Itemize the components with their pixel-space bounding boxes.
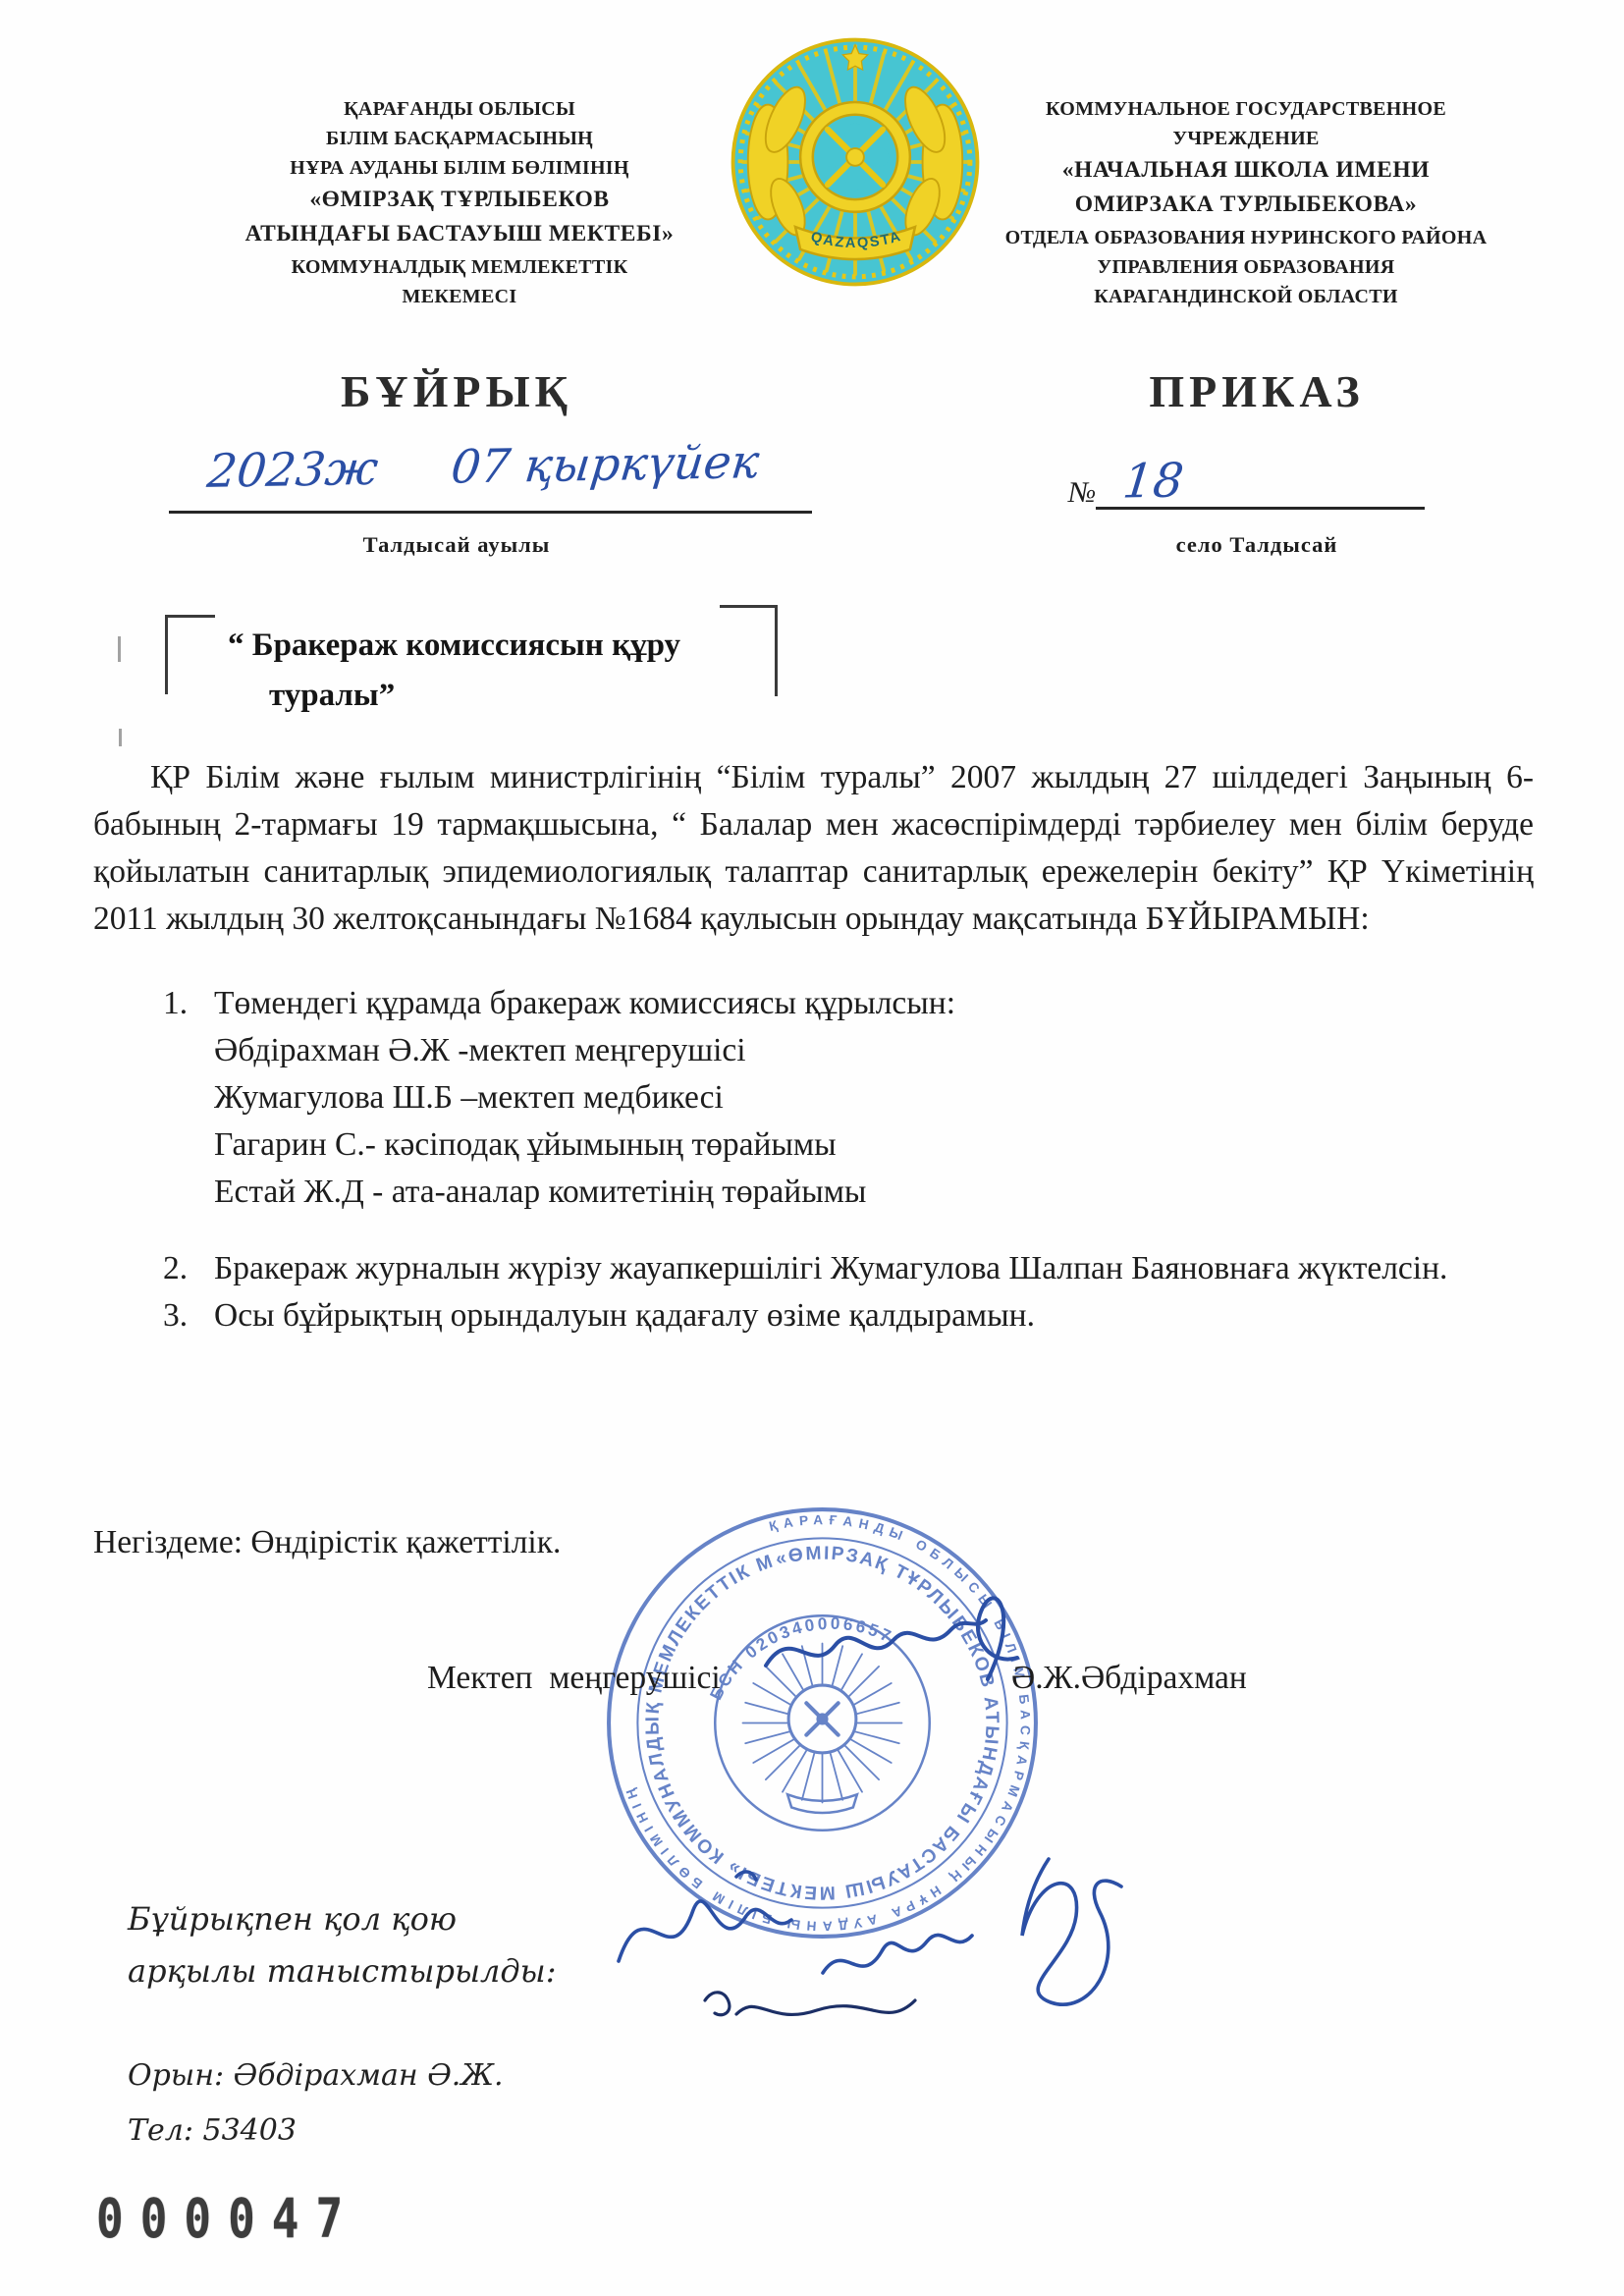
org-name-kazakh: ҚАРАҒАНДЫ ОБЛЫСЫ БІЛІМ БАСҚАРМАСЫНЫҢ НҰР…: [218, 94, 701, 311]
org-line: КАРАГАНДИНСКОЙ ОБЛАСТИ: [985, 282, 1507, 311]
handwritten-number: 18: [1120, 453, 1186, 509]
order-item-3: 3. Осы бұйрықтың орындалуын қадағалу өзі…: [157, 1292, 1534, 1339]
number-label: №: [1068, 476, 1096, 509]
document-serial-number: 000047: [96, 2187, 359, 2251]
kazakhstan-coat-of-arms-icon: QAZAQSTAN: [730, 37, 981, 287]
place-russian: село Талдысай: [1021, 532, 1492, 558]
org-line: «НАЧАЛЬНАЯ ШКОЛА ИМЕНИ: [985, 153, 1507, 188]
order-title-kazakh: БҰЙРЫҚ: [226, 365, 687, 417]
handwritten-signature: [736, 1872, 756, 1880]
subject-line: туралы”: [269, 671, 817, 721]
item-number: 2.: [163, 1245, 188, 1292]
scanned-order-page: ҚАРАҒАНДЫ ОБЛЫСЫ БІЛІМ БАСҚАРМАСЫНЫҢ НҰР…: [0, 0, 1624, 2296]
org-line: ҚАРАҒАНДЫ ОБЛЫСЫ: [218, 94, 701, 124]
commission-member: Жумагулова Ш.Б –мектеп медбикесі: [214, 1074, 1534, 1121]
order-title-russian: ПРИКАЗ: [1021, 365, 1492, 417]
commission-member: Әбдірахман Ә.Ж -мектеп меңгерушісі: [214, 1027, 1534, 1074]
org-line: АТЫНДАҒЫ БАСТАУЫШ МЕКТЕБІ»: [218, 217, 701, 251]
org-line: ОМИРЗАКА ТУРЛЫБЕКОВА»: [985, 188, 1507, 222]
item-text: Бракераж журналын жүрізу жауапкершілігі …: [214, 1245, 1534, 1292]
scan-artifact: [119, 729, 122, 746]
item-number: 1.: [163, 980, 188, 1027]
org-name-russian: КОММУНАЛЬНОЕ ГОСУДАРСТВЕННОЕ УЧРЕЖДЕНИЕ …: [985, 94, 1507, 311]
commission-member: Естай Ж.Д - ата-аналар комитетінің төрай…: [214, 1169, 1534, 1216]
order-item-2: 2. Бракераж журналын жүрізу жауапкершілі…: [157, 1245, 1534, 1292]
org-line: УЧРЕЖДЕНИЕ: [985, 124, 1507, 153]
signer-role: Мектеп меңгерушісі: [427, 1660, 721, 1697]
order-date-field: 2023ж 07 қыркүйек: [169, 440, 812, 514]
item-number: 3.: [163, 1292, 188, 1339]
acknowledgment-label: Бұйрықпен қол қою арқылы таныстырылды:: [128, 1893, 557, 1997]
order-item-1: 1. Төмендегі құрамда бракераж комиссиясы…: [157, 980, 1534, 1216]
order-body-paragraph: ҚР Білім және ғылым министрлігінің “Білі…: [93, 754, 1534, 943]
org-line: УПРАВЛЕНИЯ ОБРАЗОВАНИЯ: [985, 252, 1507, 282]
subject-corner-mark-left: [165, 615, 215, 694]
org-line: МЕКЕМЕСІ: [218, 282, 701, 311]
org-line: БІЛІМ БАСҚАРМАСЫНЫҢ: [218, 124, 701, 153]
order-items: 1. Төмендегі құрамда бракераж комиссиясы…: [157, 980, 1534, 1339]
executor-line: Орын: Әбдірахман Ә.Ж.: [128, 2058, 504, 2093]
director-handwritten-signature: [754, 1569, 1039, 1717]
phone-line: Тел: 53403: [128, 2113, 297, 2148]
item-text: Осы бұйрықтың орындалуын қадағалу өзіме …: [214, 1292, 1534, 1339]
handwritten-signature: [619, 1901, 791, 1961]
org-line: НҰРА АУДАНЫ БІЛІМ БӨЛІМІНІҢ: [218, 153, 701, 183]
org-line: «ӨМІРЗАҚ ТҰРЛЫБЕКОВ: [218, 183, 701, 217]
place-kazakh: Талдысай ауылы: [226, 532, 687, 558]
scan-artifact: [118, 636, 121, 662]
org-line: ОТДЕЛА ОБРАЗОВАНИЯ НУРИНСКОГО РАЙОНА: [985, 223, 1507, 252]
ack-line: Бұйрықпен қол қою: [128, 1893, 557, 1945]
acknowledgment-signatures: [589, 1841, 1139, 2052]
order-subject: “ Бракераж комиссиясын құру туралы”: [228, 621, 817, 721]
item-text: Төмендегі құрамда бракераж комиссиясы құ…: [214, 980, 1534, 1027]
handwritten-date: 2023ж 07 қыркүйек: [205, 435, 762, 499]
signer-name: Ә.Ж.Әбдірахман: [1011, 1660, 1247, 1697]
handwritten-signature: [705, 1993, 730, 2015]
org-line: КОММУНАЛЬНОЕ ГОСУДАРСТВЕННОЕ: [985, 94, 1507, 124]
order-number-field: №18: [1068, 454, 1425, 510]
org-line: КОММУНАЛДЫҚ МЕМЛЕКЕТТІК: [218, 252, 701, 282]
order-basis: Негіздеме: Өндірістік қажеттілік.: [93, 1524, 561, 1561]
commission-member: Гагарин С.- кәсіподақ ұйымының төрайымы: [214, 1121, 1534, 1169]
subject-line: “ Бракераж комиссиясын құру: [228, 621, 817, 671]
handwritten-signature: [736, 2000, 915, 2014]
handwritten-signature: [823, 1935, 972, 1973]
ack-line: арқылы таныстырылды:: [128, 1945, 557, 1997]
handwritten-signature: [1022, 1859, 1121, 2004]
